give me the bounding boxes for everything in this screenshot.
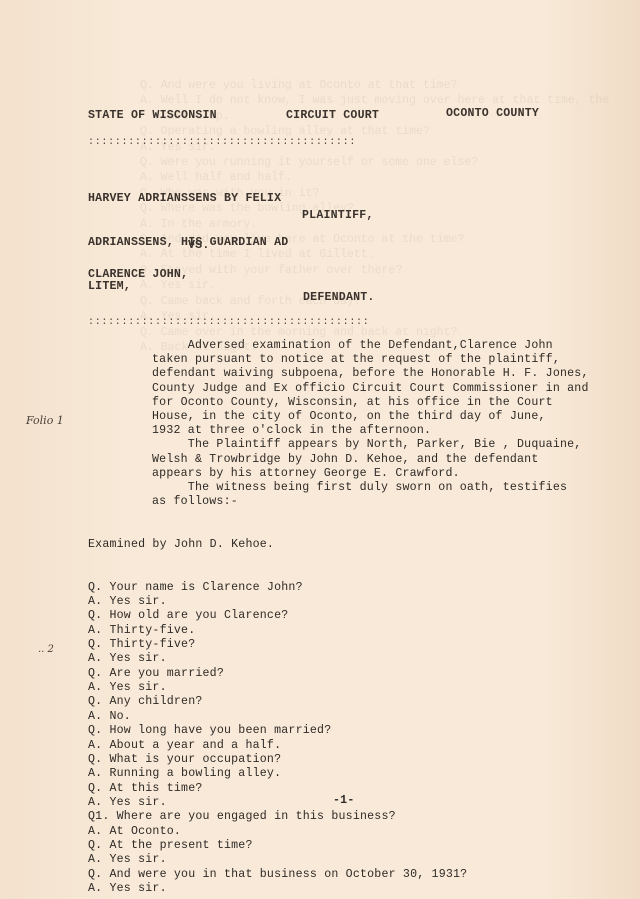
answer-line: A. Yes sir. xyxy=(88,796,467,810)
preamble-line: defendant waiving subpoena, before the H… xyxy=(152,367,589,381)
preamble: Adversed examination of the Defendant,Cl… xyxy=(152,339,589,509)
preamble-line: Welsh & Trowbridge by John D. Kehoe, and… xyxy=(152,453,589,467)
question-line: Q. And were you in that business on Octo… xyxy=(88,868,467,882)
preamble-line: The witness being first duly sworn on oa… xyxy=(152,481,589,495)
caption-line: LITEM, xyxy=(88,280,288,295)
preamble-line: taken pursuant to notice at the request … xyxy=(152,353,589,367)
preamble-line: 1932 at three o'clock in the afternoon. xyxy=(152,424,589,438)
question-line: Q. What is your occupation? xyxy=(88,753,467,767)
header-court: CIRCUIT COURT xyxy=(286,109,379,122)
answer-line: A. About a year and a half. xyxy=(88,739,467,753)
answer-line: A. No. xyxy=(88,710,467,724)
answer-line: A. At Oconto. xyxy=(88,825,467,839)
margin-note-2: .. 2 xyxy=(38,644,54,655)
document-page: Q. And were you living at Oconto at that… xyxy=(0,0,640,899)
preamble-line: The Plaintiff appears by North, Parker, … xyxy=(152,438,589,452)
question-line: Q. At the present time? xyxy=(88,839,467,853)
answer-line: A. Running a bowling alley. xyxy=(88,767,467,781)
preamble-line: appears by his attorney George E. Crawfo… xyxy=(152,467,589,481)
preamble-line: Adversed examination of the Defendant,Cl… xyxy=(152,339,589,353)
caption-line: HARVEY ADRIANSSENS BY FELIX xyxy=(88,192,288,207)
answer-line: A. Yes sir. xyxy=(88,882,467,896)
separator-top: :::::::::::::::::::::::::::::::::::::::: xyxy=(88,137,356,148)
answer-line: A. Yes sir. xyxy=(88,681,467,695)
question-line: Q. Any children? xyxy=(88,695,467,709)
preamble-line: House, in the city of Oconto, on the thi… xyxy=(152,410,589,424)
question-line: Q. Thirty-five? xyxy=(88,638,467,652)
answer-line: A. Yes sir. xyxy=(88,853,467,867)
question-line: Q. At this time? xyxy=(88,782,467,796)
header-county: OCONTO COUNTY xyxy=(446,107,539,120)
plaintiff-label: PLAINTIFF, xyxy=(302,209,374,222)
examined-by: Examined by John D. Kehoe. xyxy=(88,538,467,552)
question-line: Q. Are you married? xyxy=(88,667,467,681)
preamble-line: County Judge and Ex officio Circuit Cour… xyxy=(152,382,589,396)
versus-label: VS. xyxy=(188,239,209,252)
question-line: Q1. Where are you engaged in this busine… xyxy=(88,810,467,824)
testimony: Examined by John D. Kehoe. Q. Your name … xyxy=(88,509,467,896)
header-state: STATE OF WISCONSIN xyxy=(88,109,217,122)
answer-line: A. Thirty-five. xyxy=(88,624,467,638)
preamble-line: as follows:- xyxy=(152,495,589,509)
answer-line: A. Yes sir. xyxy=(88,595,467,609)
separator-bottom: ::::::::::::::::::::::::::::::::::::::::… xyxy=(88,317,369,328)
question-line: Q. How long have you been married? xyxy=(88,724,467,738)
preamble-line: for Oconto County, Wisconsin, at his off… xyxy=(152,396,589,410)
question-line: Q. How old are you Clarence? xyxy=(88,609,467,623)
page-number: -1- xyxy=(333,794,354,807)
margin-note-folio: Folio 1 xyxy=(26,414,64,427)
defendant-name: CLARENCE JOHN, xyxy=(88,268,188,281)
question-line: Q. Your name is Clarence John? xyxy=(88,581,467,595)
defendant-label: DEFENDANT. xyxy=(303,291,375,304)
answer-line: A. Yes sir. xyxy=(88,652,467,666)
